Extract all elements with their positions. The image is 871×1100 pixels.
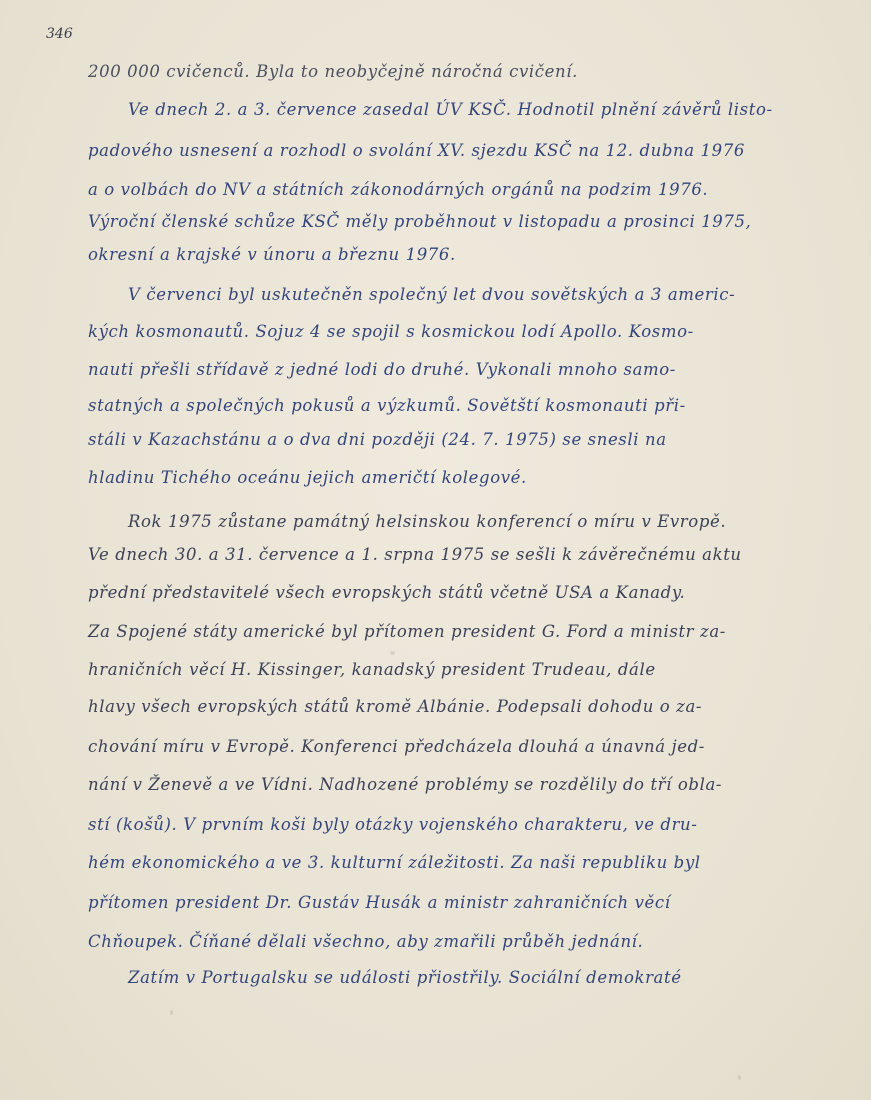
text-line: 200 000 cvičenců. Byla to neobyčejně nár… (88, 62, 821, 81)
text-line: hlavy všech evropských států kromě Albán… (88, 697, 821, 716)
text-line: Výroční členské schůze KSČ měly proběhno… (88, 212, 821, 231)
text-line: Zatím v Portugalsku se události přiostři… (128, 968, 821, 987)
paper-spot (170, 1010, 173, 1015)
text-line: stáli v Kazachstánu a o dva dni později … (88, 430, 821, 449)
text-line: Rok 1975 zůstane památný helsinskou konf… (128, 512, 821, 531)
text-line: V červenci byl uskutečněn společný let d… (128, 285, 821, 304)
text-line: statných a společných pokusů a výzkumů. … (88, 396, 821, 415)
text-line: nání v Ženevě a ve Vídni. Nadhozené prob… (88, 775, 821, 794)
handwritten-chronicle-page: 346 200 000 cvičenců. Byla to neobyčejně… (0, 0, 871, 1100)
text-line: hraničních věcí H. Kissinger, kanadský p… (88, 660, 821, 679)
ink-spot (390, 785, 396, 791)
text-line: kých kosmonautů. Sojuz 4 se spojil s kos… (88, 322, 821, 341)
text-line: Za Spojené státy americké byl přítomen p… (88, 622, 821, 641)
text-line: Chňoupek. Číňané dělali všechno, aby zma… (88, 932, 821, 951)
text-line: padového usnesení a rozhodl o svolání XV… (88, 141, 821, 160)
text-line: přední představitelé všech evropských st… (88, 583, 821, 602)
text-line: Ve dnech 2. a 3. července zasedal ÚV KSČ… (128, 100, 821, 119)
text-line: okresní a krajské v únoru a březnu 1976. (88, 245, 821, 264)
text-line: a o volbách do NV a státních zákonodárný… (88, 180, 821, 199)
text-line: přítomen president Dr. Gustáv Husák a mi… (88, 893, 821, 912)
paper-spot (390, 651, 395, 655)
paper-spot (738, 1075, 741, 1080)
text-line: hladinu Tichého oceánu jejich američtí k… (88, 468, 821, 487)
text-line: stí (košů). V prvním koši byly otázky vo… (88, 815, 821, 834)
text-line: nauti přešli střídavě z jedné lodi do dr… (88, 360, 821, 379)
text-line: hém ekonomického a ve 3. kulturní záleži… (88, 853, 821, 872)
text-line: Ve dnech 30. a 31. července a 1. srpna 1… (88, 545, 821, 564)
page-number: 346 (46, 26, 73, 42)
text-line: chování míru v Evropě. Konferenci předch… (88, 737, 821, 756)
